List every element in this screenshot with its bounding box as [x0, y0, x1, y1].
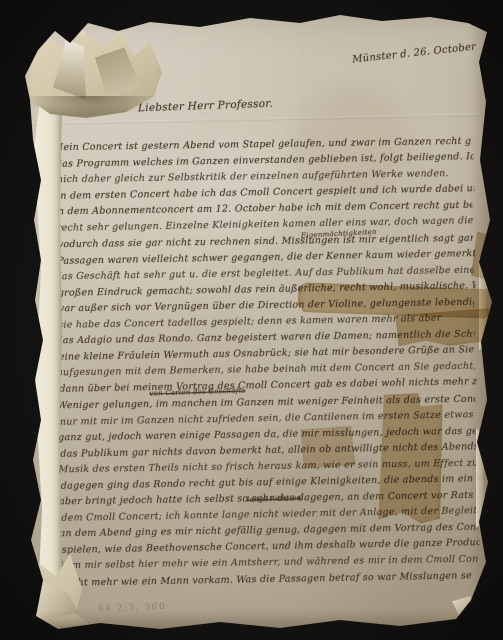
- torn-edge-sliver: [452, 596, 478, 622]
- tape-repair-strip: [376, 392, 444, 524]
- archive-number-pencil: 64 2:3, 360: [98, 602, 167, 614]
- letter-body: Mein Concert ist gestern Abend vom Stape…: [53, 134, 478, 603]
- dateline: Münster d. 26. October: [352, 42, 477, 66]
- photograph-background: Münster d. 26. October 4 Liebster Herr P…: [0, 0, 503, 640]
- flap-cast-shadow: [26, 96, 156, 116]
- tape-repair-strip: [299, 424, 357, 470]
- torn-edge-sliver: [476, 428, 487, 528]
- letter-sheet: Münster d. 26. October 4 Liebster Herr P…: [0, 0, 503, 640]
- tape-repair-strip: [471, 231, 496, 282]
- binding-edge-strip: [33, 90, 62, 624]
- salutation: Liebster Herr Professor.: [138, 98, 273, 115]
